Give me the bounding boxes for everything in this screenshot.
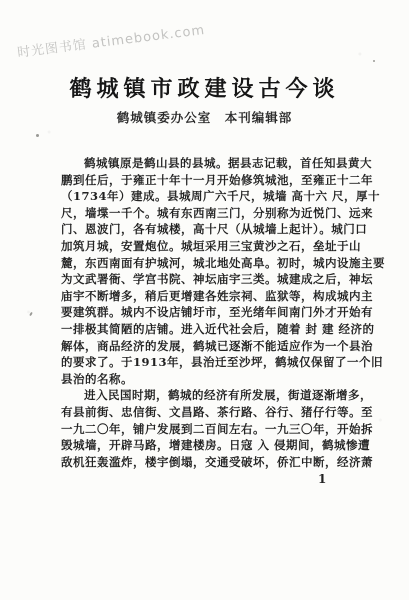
- text-line: 鹤城镇原是鹤山县的县城。据县志记载，首任知县黄大: [61, 155, 349, 172]
- text-line: 要建筑群。城内不设店铺圩市，至光绪年间南门外才开始有: [61, 304, 349, 321]
- scanned-page: 时光图书馆 atimebook.com 鹤城镇市政建设古今谈 鹤城镇委办公室 本…: [0, 0, 409, 600]
- scan-artifact: [36, 134, 39, 137]
- text-line: 加筑月城，安置炮位。城垣采用三宝黄沙之石，垒址于山: [61, 238, 349, 255]
- scan-artifact: [29, 312, 33, 316]
- page-title: 鹤城镇市政建设古今谈: [0, 72, 409, 103]
- text-line: 县治的名称。: [61, 371, 349, 388]
- watermark: 时光图书馆 atimebook.com: [16, 19, 206, 61]
- text-line: 进入民国时期，鹤城的经济有所发展，街道逐渐增多，: [61, 387, 349, 404]
- text-line: 门、恩波门，各有城楼，高十尺（从城墙上起计）。城门口: [61, 221, 349, 238]
- text-line: 的要求了。于1913年，县治迁至沙坪，鹤城仅保留了一个旧: [61, 354, 349, 371]
- page-number: 1: [318, 472, 326, 486]
- text-line: 敌机狂轰滥炸，楼宇倒塌，交通受破坏，侨汇中断，经济萧: [61, 454, 349, 471]
- text-line: 鹏到任后，于雍正十年十一月开始修筑城池，至雍正十二年: [61, 172, 349, 189]
- text-line: 尺，墙堞一千个。城有东西南三门，分别称为近悦门、远来: [61, 205, 349, 222]
- text-line: （1734年）建成。县城周广六千尺，城墙 高十六 尺，厚十: [61, 188, 349, 205]
- text-line: 为文武署衙、学宫书院、神坛庙宇三类。城建成之后，神坛: [61, 271, 349, 288]
- text-line: 解体，商品经济的发展，鹤城已逐渐不能适应作为一个县治: [61, 338, 349, 355]
- text-line: 毁城墙，开辟马路，增建楼房。日寇 入 侵期间，鹤城惨遭: [61, 437, 349, 454]
- body-text: 鹤城镇原是鹤山县的县城。据县志记载，首任知县黄大鹏到任后，于雍正十年十一月开始修…: [61, 155, 349, 470]
- text-line: 庙宇不断增多，稍后更增建各姓宗祠、监狱等，构成城内主: [61, 288, 349, 305]
- byline: 鹤城镇委办公室 本刊编辑部: [0, 108, 409, 126]
- text-line: 有县前街、忠信街、文昌路、茶行路、谷行、猪仔行等。至: [61, 404, 349, 421]
- text-line: 一排极其简陋的店铺。进入近代社会后，随着 封 建 经济的: [61, 321, 349, 338]
- text-line: 一九二〇年，铺户发展到二百间左右。一九三〇年，开始拆: [61, 421, 349, 438]
- text-line: 麓，东西南面有护城河，城北地处高阜。初时，城内设施主要: [61, 255, 349, 272]
- scan-artifact: [373, 60, 375, 62]
